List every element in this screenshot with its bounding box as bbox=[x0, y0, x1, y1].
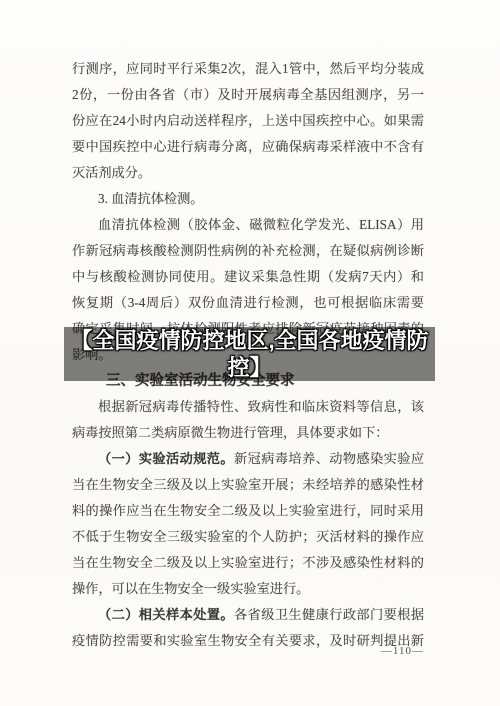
text-line: 血清抗体检测（胶体金、磁微粒化学发光、ELISA）用 bbox=[72, 212, 424, 238]
text-line: 根据新冠病毒传播特性、致病性和临床资料等信息，该 bbox=[72, 394, 424, 420]
line-text: 要中国疾控中心进行病毒分离，应确保病毒采样液中不含有 bbox=[72, 139, 424, 154]
text-line: 行测序，应同时平行采集2次，混入1管中，然后平均分装成 bbox=[72, 56, 424, 82]
text-line: 病毒按照第二类病原微生物进行管理，具体要求如下： bbox=[72, 420, 424, 446]
text-line: 灭活剂成分。 bbox=[72, 160, 424, 186]
line-text: 血清抗体检测（胶体金、磁微粒化学发光、ELISA）用 bbox=[98, 217, 424, 232]
text-line: （一）实验活动规范。新冠病毒培养、动物感染实验应 bbox=[72, 446, 424, 472]
line-text: 当在生物安全三级及以上实验室开展；未经培养的感染性材 bbox=[72, 477, 424, 492]
line-text: 行测序，应同时平行采集2次，混入1管中，然后平均分装成 bbox=[72, 61, 424, 76]
text-line: （二）相关样本处置。各省级卫生健康行政部门要根据 bbox=[72, 602, 424, 628]
line-text: 当在生物安全二级及以上实验室进行；不涉及感染性材料的 bbox=[72, 555, 424, 570]
line-text: 不低于生物安全三级实验室的个人防护；灭活材料的操作应 bbox=[72, 529, 424, 544]
line-text: 中与核酸检测协同使用。建议采集急性期（发病7天内）和 bbox=[72, 269, 424, 284]
line-text: 病毒按照第二类病原微生物进行管理，具体要求如下： bbox=[72, 425, 389, 440]
line-text: 作新冠病毒核酸检测阴性病例的补充检测，在疑似病例诊断 bbox=[72, 243, 424, 258]
bold-lead: （二）相关样本处置。 bbox=[98, 607, 234, 622]
text-line: 不低于生物安全三级实验室的个人防护；灭活材料的操作应 bbox=[72, 524, 424, 550]
text-line: 作新冠病毒核酸检测阴性病例的补充检测，在疑似病例诊断 bbox=[72, 238, 424, 264]
line-text: 疫情防控需要和实验室生物安全有关要求，及时研判提出新 bbox=[72, 633, 424, 648]
text-line: 当在生物安全三级及以上实验室开展；未经培养的感染性材 bbox=[72, 472, 424, 498]
text-line: 中与核酸检测协同使用。建议采集急性期（发病7天内）和 bbox=[72, 264, 424, 290]
line-text: 恢复期（3-4周后）双份血清进行检测，也可根据临床需要 bbox=[72, 295, 424, 310]
watermark-overlay: 【全国疫情防控地区,全国各地疫情防控】 bbox=[64, 327, 435, 381]
line-text: 灭活剂成分。 bbox=[72, 165, 151, 180]
text-line: 当在生物安全二级及以上实验室进行；不涉及感染性材料的 bbox=[72, 550, 424, 576]
text-line: 3. 血清抗体检测。 bbox=[72, 186, 424, 212]
text-line: 份应在24小时内启动送样程序，上送中国疾控中心。如果需 bbox=[72, 108, 424, 134]
page-number: —110— bbox=[381, 645, 424, 657]
text-line: 2份，一份由各省（市）及时开展病毒全基因组测序，另一 bbox=[72, 82, 424, 108]
line-text: 3. 血清抗体检测。 bbox=[98, 191, 204, 206]
text-line: 要中国疾控中心进行病毒分离，应确保病毒采样液中不含有 bbox=[72, 134, 424, 160]
line-text: 各省级卫生健康行政部门要根据 bbox=[234, 607, 424, 622]
text-line: 操作，可以在生物安全一级实验室进行。 bbox=[72, 576, 424, 602]
text-line: 疫情防控需要和实验室生物安全有关要求，及时研判提出新 bbox=[72, 628, 424, 654]
line-text: 2份，一份由各省（市）及时开展病毒全基因组测序，另一 bbox=[72, 87, 424, 102]
line-text: 根据新冠病毒传播特性、致病性和临床资料等信息，该 bbox=[98, 399, 424, 414]
line-text: 料的操作应当在生物安全二级及以上实验室进行，同时采用 bbox=[72, 503, 424, 518]
line-text: 份应在24小时内启动送样程序，上送中国疾控中心。如果需 bbox=[72, 113, 424, 128]
watermark-text: 【全国疫情防控地区,全国各地疫情防控】 bbox=[70, 328, 428, 380]
text-line: 料的操作应当在生物安全二级及以上实验室进行，同时采用 bbox=[72, 498, 424, 524]
line-text: 新冠病毒培养、动物感染实验应 bbox=[234, 451, 424, 466]
line-text: 操作，可以在生物安全一级实验室进行。 bbox=[72, 581, 309, 596]
bold-lead: （一）实验活动规范。 bbox=[98, 451, 234, 466]
text-line: 恢复期（3-4周后）双份血清进行检测，也可根据临床需要 bbox=[72, 290, 424, 316]
document-page: 行测序，应同时平行采集2次，混入1管中，然后平均分装成2份，一份由各省（市）及时… bbox=[0, 0, 500, 706]
